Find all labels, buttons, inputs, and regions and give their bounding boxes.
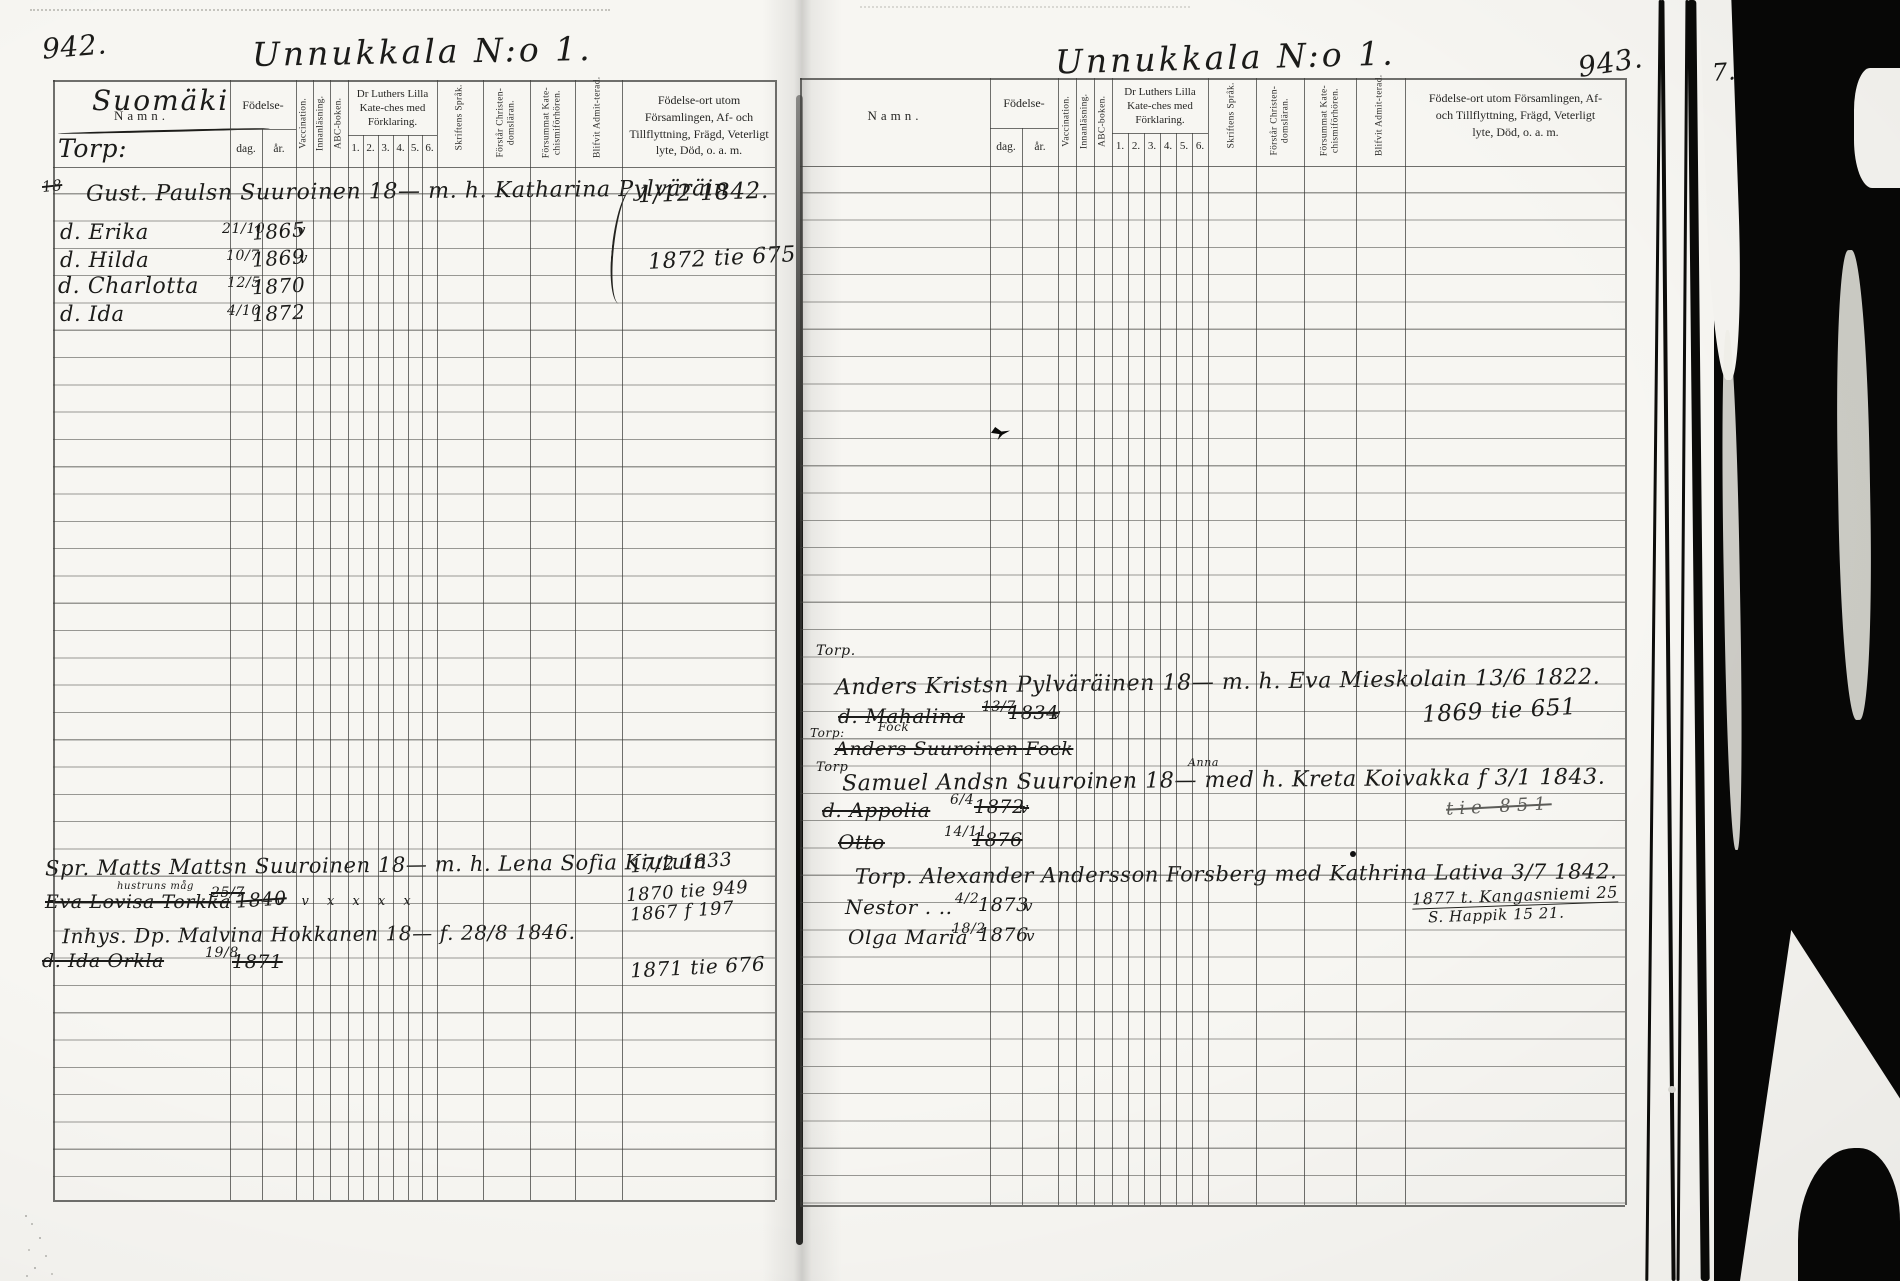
torp-label-1: Torp. <box>816 643 856 659</box>
child-name: d. Erika <box>60 220 149 244</box>
family1-head-note: 1/12 1842. <box>638 178 770 209</box>
band-ink-dot <box>1668 1086 1676 1093</box>
left-header-catechism-6: 6. <box>422 142 437 155</box>
left-header-catechism-2: 2. <box>363 142 378 155</box>
struck-otto-birth-year: 1876 <box>972 829 1023 851</box>
struck-otto-name: Otto <box>838 830 885 854</box>
child-mark: v <box>297 221 306 239</box>
left-header-vaccination: Vaccination. <box>299 80 310 166</box>
struck-mahalina-mark: v <box>1052 705 1061 723</box>
left-header-missed: Försummat Kate-chismiförhören. <box>541 80 562 166</box>
nestor-birth-day: 4/2 <box>955 891 979 907</box>
page-edge-line-1 <box>1645 0 1661 1281</box>
left-header-catechism-4: 4. <box>393 142 408 155</box>
struck-fock-entry: Anders Suuroinen Fock <box>835 738 1073 760</box>
child-birth-year: 1869 <box>251 244 306 272</box>
struck-wife-name: Eva Lovisa Torkka <box>45 891 231 913</box>
right-header-birth-year: år. <box>1022 141 1058 155</box>
nestor-mark: v <box>1024 897 1033 915</box>
left-header-catechism-3: 3. <box>378 142 393 155</box>
left-header-catechism-1: 1. <box>348 142 363 155</box>
right-header-notes: Födelse-ort utom Församlingen, Af- och T… <box>1428 90 1603 140</box>
right-header-catechism-1: 1. <box>1112 140 1128 153</box>
left-header-catechism-5: 5. <box>408 142 422 155</box>
right-header-birth: Födelse- <box>990 96 1058 110</box>
left-header-birth-year: år. <box>262 143 296 157</box>
left-header-birth: Födelse- <box>230 98 296 112</box>
right-header-catechism-6: 6. <box>1192 140 1208 153</box>
right-header-script-language: Skriftens Språk. <box>1227 72 1238 158</box>
left-page-number: 942. <box>41 27 108 66</box>
olga-mark: v <box>1026 927 1035 945</box>
fock-small-note: Fock <box>878 720 909 734</box>
right-header-abc-book: ABC-boken. <box>1098 78 1109 164</box>
child-birth-year: 1872 <box>251 300 305 327</box>
left-header-notes: Födelse-ort utom Församlingen, Af- och T… <box>626 92 772 159</box>
struck-wife-marks: v v x x x x <box>276 894 418 909</box>
band-corner-patch <box>1854 68 1900 188</box>
right-header-reading: Innanläsning. <box>1080 78 1091 164</box>
corner-mark: 7. <box>1711 57 1737 87</box>
left-header-script-language: Skriftens Språk. <box>455 74 466 160</box>
scanned-parish-register-spread: 942. Unnukkala N:o 1. Suomäki Namn. Föde… <box>0 0 1900 1281</box>
right-header-missed: Försummat Kate-chismiförhören. <box>1319 78 1340 164</box>
right-header-catechism-5: 5. <box>1176 140 1192 153</box>
struck-ida-name: d. Ida Orkla <box>42 950 164 972</box>
left-torp-heading: Torp: <box>58 134 127 163</box>
struck-appolia-birth-day: 6/4 <box>950 792 974 808</box>
right-header-catechism-2: 2. <box>1128 140 1144 153</box>
left-header-abc-book: ABC-boken. <box>334 80 345 166</box>
right-header-catechism-3: 3. <box>1144 140 1160 153</box>
right-header-birth-day: dag. <box>990 141 1022 155</box>
struck-appolia-name: d. Appolia <box>822 798 930 822</box>
right-header-understands: Förstår Christen-domsläran. <box>1269 78 1290 164</box>
olga-name: Olga Maria <box>848 925 968 949</box>
right-header-vaccination: Vaccination. <box>1062 78 1073 164</box>
left-header-admitted: Blifvit Admit-terad. <box>593 74 604 160</box>
left-header-name: Namn. <box>53 108 230 124</box>
pencil-speckles <box>25 1215 27 1217</box>
struck-appolia-birth-year: 1872 <box>974 796 1025 818</box>
struck-ida-birth-year: 1871 <box>232 951 283 973</box>
left-header-understands: Förstår Christen-domsläran. <box>495 80 516 166</box>
child-name: d. Charlotta <box>58 274 199 299</box>
malvina-entry: Inhys. Dp. Malvina Hokkanen 18— f. 28/8 … <box>62 920 576 948</box>
scan-edge-dots-left <box>30 9 610 11</box>
right-header-name: Namn. <box>800 108 990 124</box>
left-header-birth-day: dag. <box>230 143 262 157</box>
child-birth-year: 1870 <box>251 273 305 300</box>
left-row-lines <box>53 167 775 1200</box>
page-edge-line-3 <box>1677 0 1689 1281</box>
child-mark: v <box>299 249 308 267</box>
scan-edge-dots-right <box>860 6 1190 8</box>
left-header-catechism: Dr Luthers Lilla Kate-ches med Förklarin… <box>349 88 436 129</box>
right-header-catechism: Dr Luthers Lilla Kate-ches med Förklarin… <box>1114 86 1206 127</box>
child-name: d. Hilda <box>60 248 149 272</box>
right-header-admitted: Blifvit Admit-terad. <box>1375 72 1386 158</box>
right-page-title: Unnukkala N:o 1. <box>1055 34 1397 82</box>
right-header-catechism-4: 4. <box>1160 140 1176 153</box>
left-page-title: Unnukkala N:o 1. <box>252 29 593 74</box>
nestor-name: Nestor . .. <box>845 895 953 919</box>
left-header-reading: Innanläsning. <box>316 80 327 166</box>
child-name: d. Ida <box>60 302 125 326</box>
